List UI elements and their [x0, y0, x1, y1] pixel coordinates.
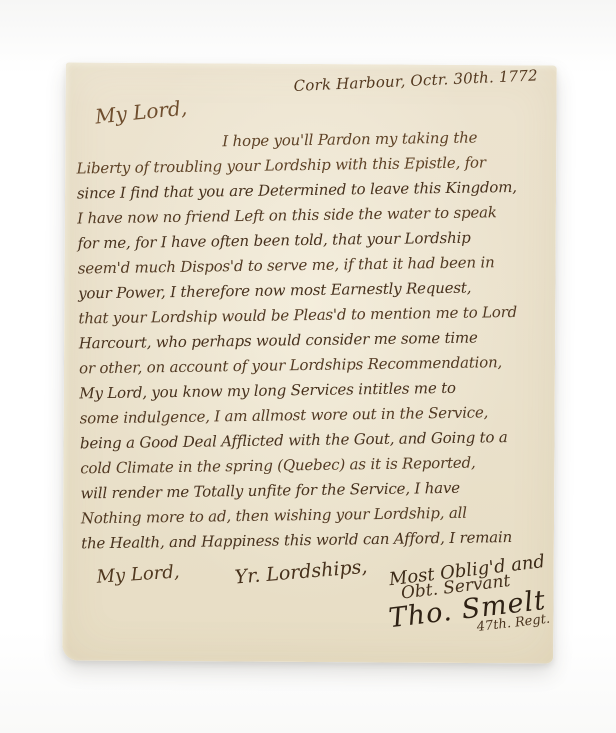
closing-my-lord: My Lord, [96, 561, 180, 587]
letter-body: I hope you'll Pardon my taking the Liber… [76, 125, 551, 556]
closing-your-lordships: Yr. Lordships, [234, 556, 368, 589]
photo-background: Cork Harbour, Octr. 30th. 1772 My Lord, … [0, 0, 616, 733]
letter-paper: Cork Harbour, Octr. 30th. 1772 My Lord, … [62, 63, 557, 664]
letter-text-block: Cork Harbour, Octr. 30th. 1772 My Lord, … [62, 63, 557, 664]
salutation: My Lord, [94, 96, 188, 129]
dateline: Cork Harbour, Octr. 30th. 1772 [293, 66, 538, 95]
